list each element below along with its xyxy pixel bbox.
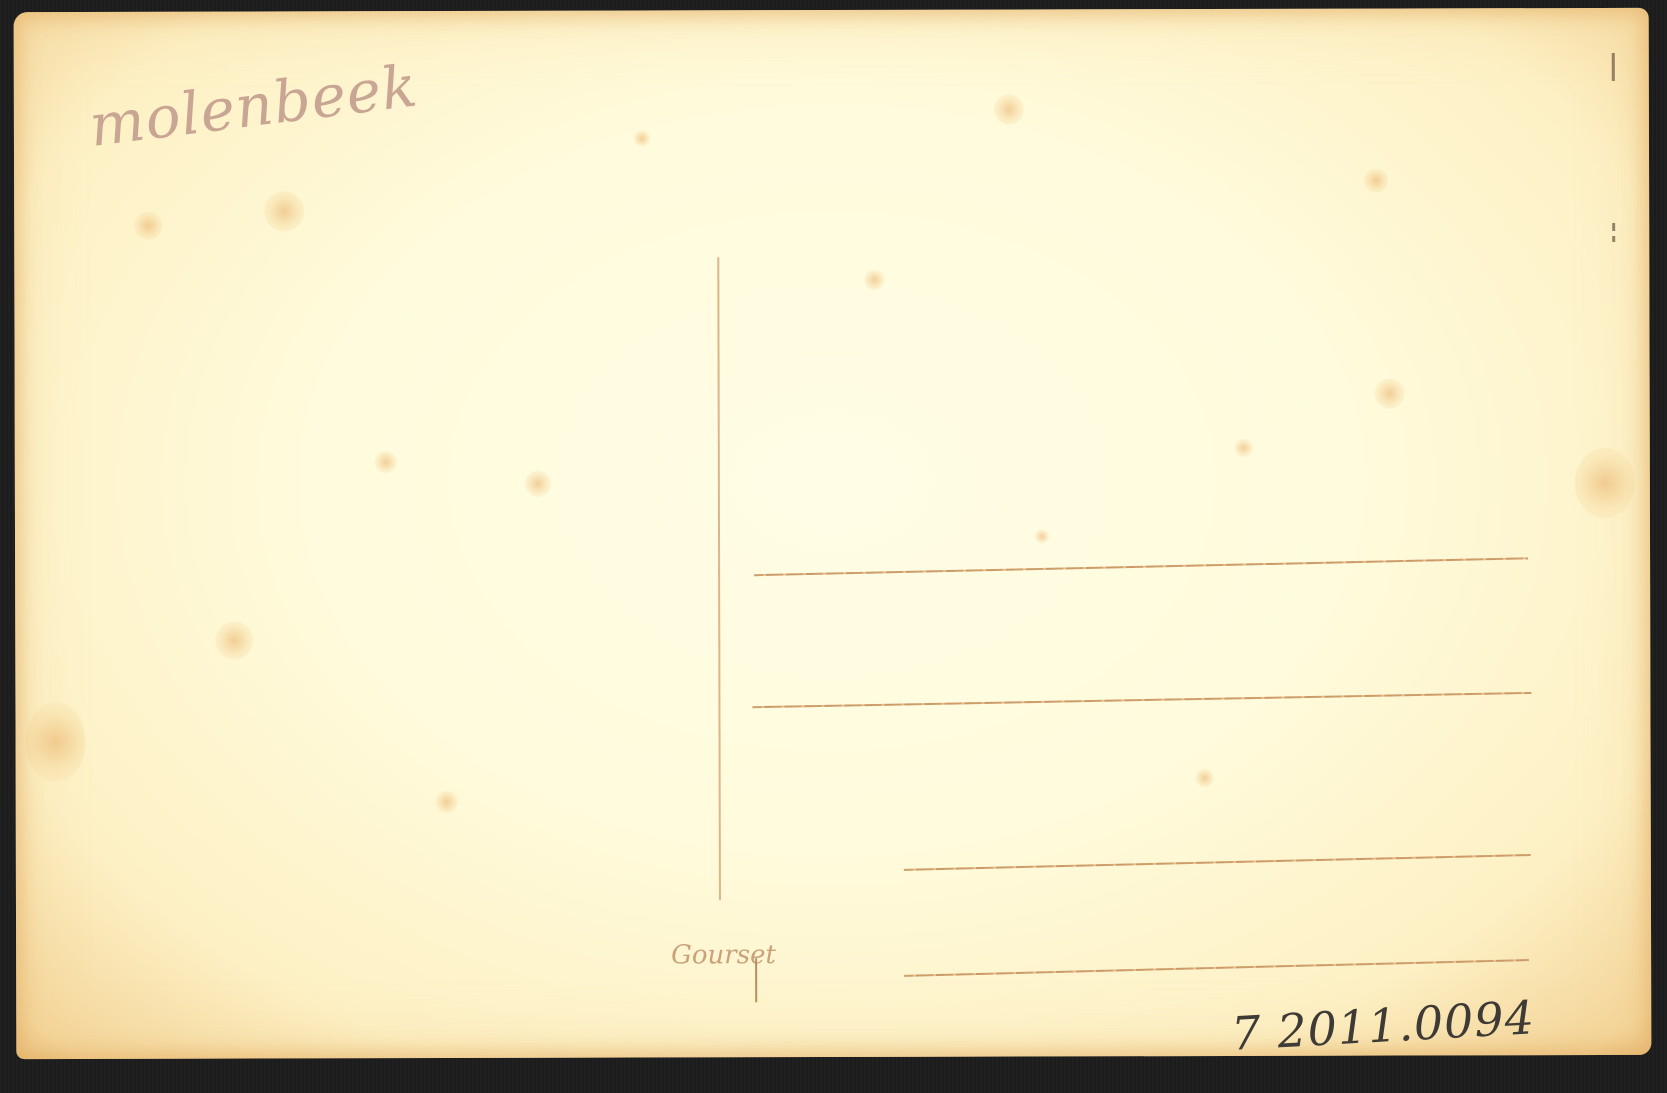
publisher-mark-bar (755, 958, 757, 1002)
postcard-back: molenbeek Gourset 7 2011.0094 (14, 8, 1652, 1059)
inventory-number: 7 2011.0094 (1230, 990, 1536, 1059)
foxing-spot (215, 622, 253, 660)
foxing-spot (1375, 379, 1405, 409)
address-line-2 (752, 692, 1531, 708)
address-line-1 (754, 557, 1528, 576)
foxing-spot (525, 471, 551, 497)
foxing-spot (1235, 439, 1253, 457)
foxing-spot (25, 702, 85, 782)
foxing-spot (1196, 769, 1214, 787)
publisher-mark: Gourset (671, 940, 776, 970)
edge-scratch (1612, 53, 1615, 81)
address-line-4 (904, 959, 1529, 977)
foxing-spot (264, 191, 304, 231)
foxing-spot (994, 94, 1024, 124)
foxing-spot (436, 791, 458, 813)
foxing-spot (634, 130, 650, 146)
foxing-spot (1575, 448, 1635, 518)
foxing-spot (375, 451, 397, 473)
foxing-spot (864, 270, 884, 290)
edge-scratch (1612, 236, 1615, 242)
center-divider-line (717, 257, 721, 900)
foxing-spot (134, 212, 162, 240)
place-note-handwriting: molenbeek (86, 51, 422, 160)
address-line-3 (904, 854, 1531, 871)
foxing-spot (1035, 529, 1049, 543)
foxing-spot (1364, 169, 1388, 193)
edge-scratch (1612, 223, 1615, 231)
